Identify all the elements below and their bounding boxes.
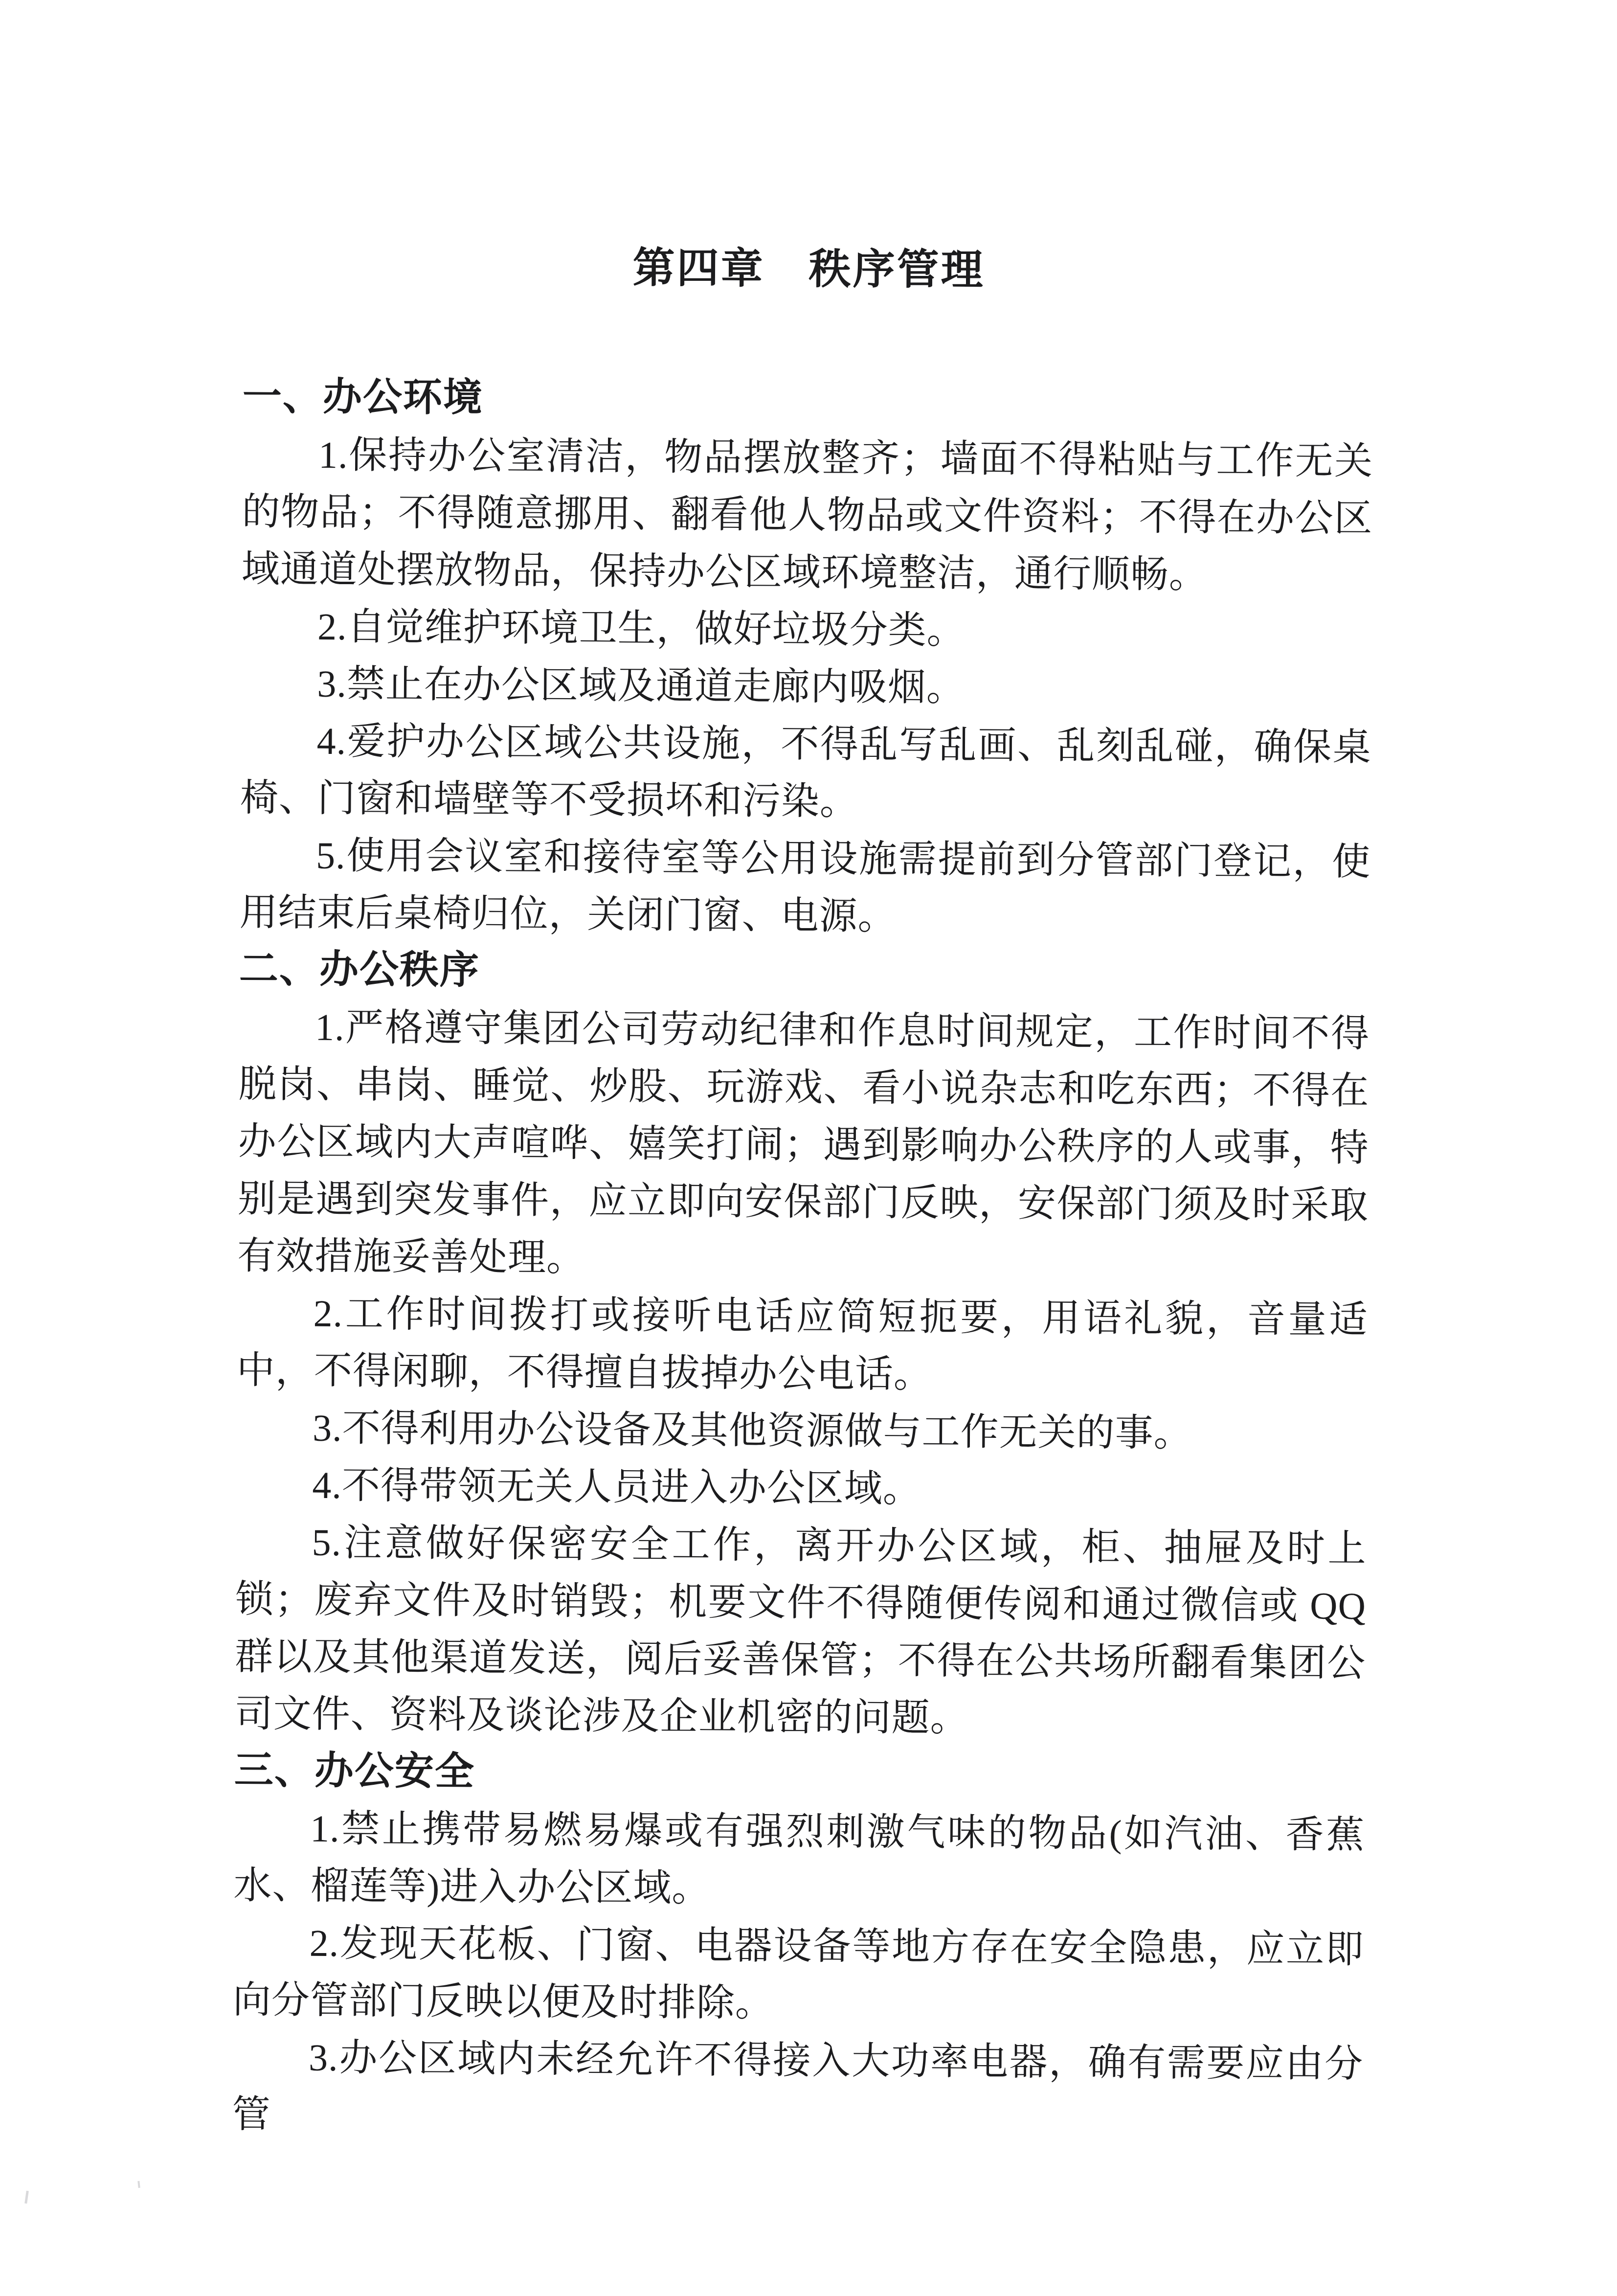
- paragraph: 1.禁止携带易燃易爆或有强烈刺激气味的物品(如汽油、香蕉水、榴莲等)进入办公区域…: [233, 1799, 1365, 1921]
- section-1-heading: 一、办公环境: [243, 368, 1374, 432]
- paragraph: 3.不得利用办公设备及其他资源做与工作无关的事。: [236, 1399, 1368, 1463]
- document-content: 第四章 秩序管理 一、办公环境 1.保持办公室清洁，物品摆放整齐；墙面不得粘贴与…: [232, 235, 1374, 2150]
- paragraph: 4.爱护办公区域公共设施，不得乱写乱画、乱刻乱碰，确保桌椅、门窗和墙壁等不受损坏…: [240, 712, 1371, 833]
- paragraph: 5.注意做好保密安全工作，离开办公区域，柜、抽屉及时上锁；废弃文件及时销毁；机要…: [234, 1513, 1367, 1749]
- section-office-order: 二、办公秩序 1.严格遵守集团公司劳动纪律和作息时间规定，工作时间不得脱岗、串岗…: [234, 941, 1370, 1749]
- section-3-heading: 三、办公安全: [234, 1742, 1365, 1806]
- paragraph: 2.自觉维护环境卫生，做好垃圾分类。: [241, 597, 1372, 661]
- section-2-heading: 二、办公秩序: [239, 941, 1370, 1005]
- paragraph: 3.禁止在办公区域及通道走廊内吸烟。: [241, 655, 1372, 719]
- scan-noise-speck: [137, 2181, 140, 2188]
- paragraph: 2.工作时间拨打或接听电话应简短扼要，用语礼貌，音量适中，不得闲聊，不得擅自拔掉…: [236, 1284, 1368, 1406]
- paragraph: 4.不得带领无关人员进入办公区域。: [236, 1456, 1367, 1520]
- scan-noise-speck: [24, 2191, 29, 2204]
- paragraph: 3.办公区域内未经允许不得接入大功率电器，确有需要应由分管: [232, 2028, 1363, 2150]
- scanned-document-page: 第四章 秩序管理 一、办公环境 1.保持办公室清洁，物品摆放整齐；墙面不得粘贴与…: [0, 0, 1617, 2296]
- paragraph: 1.保持办公室清洁，物品摆放整齐；墙面不得粘贴与工作无关的物品；不得随意挪用、翻…: [242, 426, 1373, 604]
- section-office-environment: 一、办公环境 1.保持办公室清洁，物品摆放整齐；墙面不得粘贴与工作无关的物品；不…: [239, 368, 1373, 948]
- paragraph: 2.发现天花板、门窗、电器设备等地方存在安全隐患，应立即向分管部门反映以便及时排…: [233, 1914, 1364, 2035]
- paragraph: 5.使用会议室和接待室等公用设施需提前到分管部门登记，使用结束后桌椅归位，关闭门…: [239, 826, 1370, 948]
- section-office-safety: 三、办公安全 1.禁止携带易燃易爆或有强烈刺激气味的物品(如汽油、香蕉水、榴莲等…: [232, 1742, 1365, 2150]
- paragraph: 1.严格遵守集团公司劳动纪律和作息时间规定，工作时间不得脱岗、串岗、睡觉、炒股、…: [237, 998, 1370, 1291]
- chapter-title: 第四章 秩序管理: [243, 235, 1374, 303]
